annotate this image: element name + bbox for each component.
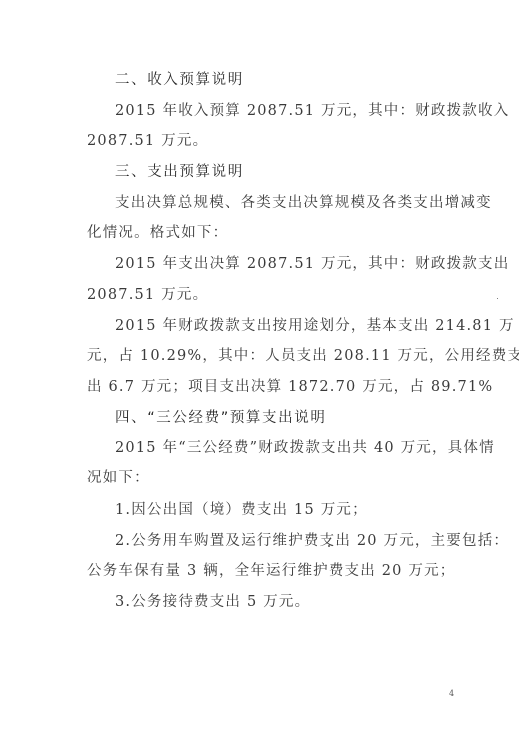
paragraph-line: 2015 年财政拨款支出按用途划分，基本支出 214.81 万: [115, 317, 515, 335]
section-heading-expenditure: 三、支出预算说明: [115, 163, 244, 181]
paragraph-line: 化情况。格式如下：: [87, 224, 228, 242]
paragraph-line: 元，占 10.29%，其中：人员支出 208.11 万元，公用经费支: [87, 347, 519, 365]
document-page: 二、收入预算说明 2015 年收入预算 2087.51 万元，其中：财政拨款收入…: [0, 0, 519, 739]
list-item: 1.因公出国（境）费支出 15 万元；: [115, 501, 368, 519]
paragraph-line: 2087.51 万元。: [87, 132, 208, 150]
paragraph-line: 2015 年收入预算 2087.51 万元，其中：财政拨款收入: [115, 102, 509, 120]
paragraph-line: 2015 年“三公经费”财政拨款支出共 40 万元，具体情: [115, 439, 495, 457]
paragraph-line: 2015 年支出决算 2087.51 万元，其中：财政拨款支出: [115, 255, 509, 273]
paragraph-line: 支出决算总规模、各类支出决算规模及各类支出增减变: [115, 194, 492, 212]
scan-speck: [328, 545, 330, 547]
paragraph-line: 况如下：: [87, 469, 150, 487]
page-number: 4: [449, 689, 454, 698]
section-heading-income: 二、收入预算说明: [115, 71, 244, 89]
list-item-continuation: 公务车保有量 3 辆，全年运行维护费支出 20 万元；: [87, 562, 456, 580]
list-item: 3.公务接待费支出 5 万元。: [115, 593, 310, 611]
scan-speck: [497, 298, 498, 299]
paragraph-line: 2087.51 万元。: [87, 286, 208, 304]
paragraph-line: 出 6.7 万元；项目支出决算 1872.70 万元，占 89.71%: [87, 378, 493, 396]
list-item: 2.公务用车购置及运行维护费支出 20 万元，主要包括：: [115, 532, 509, 550]
section-heading-three-public-expenses: 四、“三公经费”预算支出说明: [115, 409, 326, 427]
